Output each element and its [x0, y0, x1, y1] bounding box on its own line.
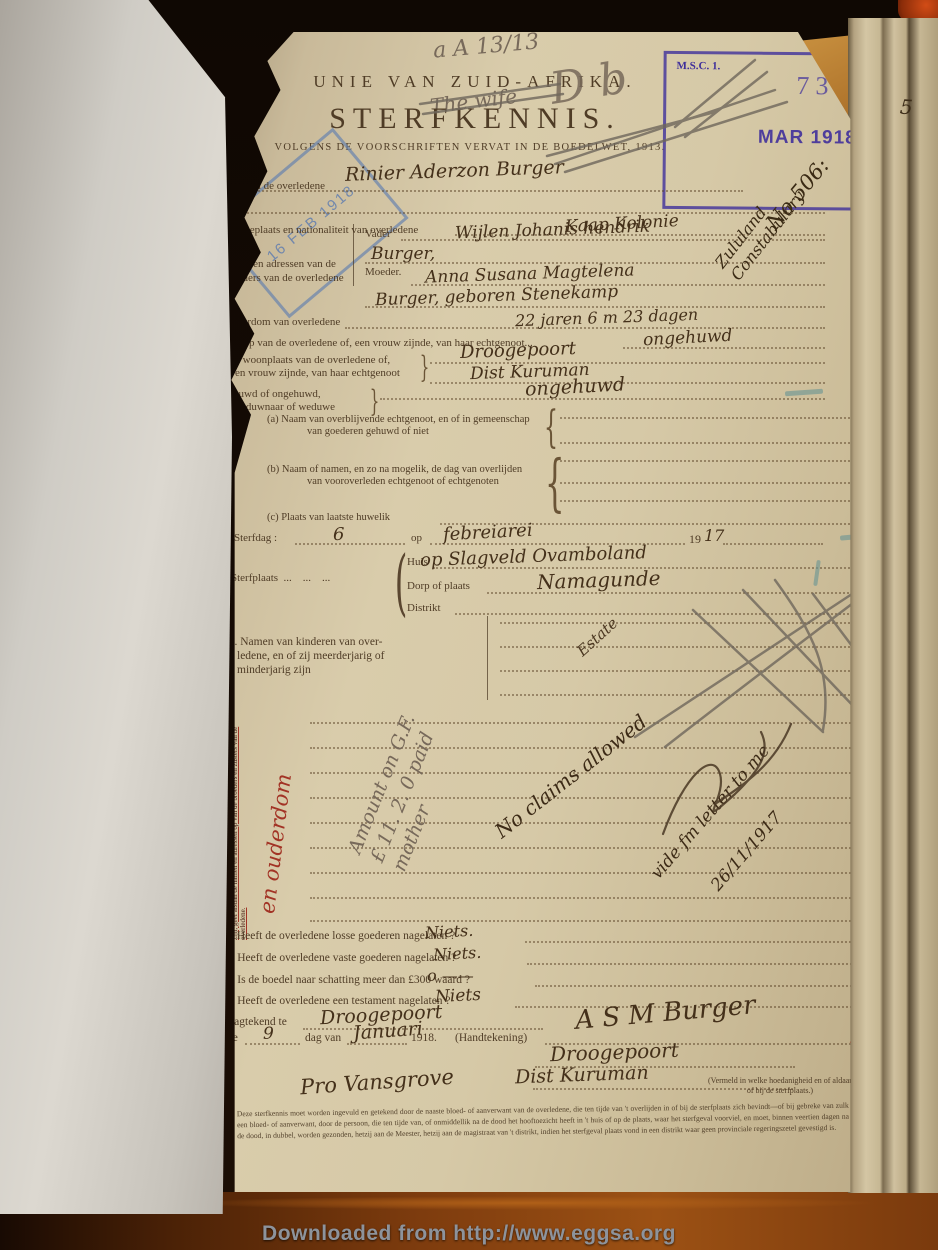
item-a-label-1: (a) Naam van overblijvende echtgenoot, e…	[267, 414, 530, 425]
item8-label: 8. Sterfdag :	[223, 532, 277, 544]
dotted-line	[243, 190, 743, 192]
pro-note: Pro Vansgrove	[299, 1065, 454, 1100]
residence-brace: }	[420, 350, 430, 385]
item8-op: op	[411, 532, 422, 544]
form-subtitle: VOLGENS DE VOORSCHRIFTEN VERVAT IN DE BO…	[220, 142, 720, 153]
item8-month: febreiarei	[443, 520, 534, 546]
pencil-reference-note: a A 13/13	[432, 29, 540, 63]
stacked-page-edges	[848, 18, 938, 1193]
item-b-label-2: van vooroverleden echtgenoot of echtgeno…	[307, 476, 499, 487]
item13-value: o ——	[427, 966, 474, 985]
dotted-line	[560, 442, 850, 444]
signature-line3: Dist Kuruman	[515, 1062, 649, 1089]
watermark-text: Downloaded from http://www.eggsa.org	[0, 1222, 938, 1246]
pencil-amount-note: Amount on G.F. £ 11. 2. 0 paid mother	[343, 711, 465, 875]
item9-label: 9. Sterfplaats ... ... ...	[220, 572, 330, 584]
dotted-line	[560, 500, 850, 502]
item9-distrikt-label: Distrikt	[407, 602, 441, 614]
residence-value-1: Droogepoort	[460, 338, 577, 363]
marital-label-1: huwd of ongehuwd,	[233, 388, 321, 400]
item10-label-3: minderjarig zijn	[237, 664, 311, 676]
item12-label: 12. Heeft de overledene vaste goederen n…	[220, 952, 456, 964]
signed-at-label: Gedagtekend te	[215, 1016, 287, 1028]
dotted-line	[527, 963, 855, 965]
item9-dorp-label: Dorp of plaats	[407, 580, 470, 592]
item11-value: Niets.	[425, 921, 474, 943]
dotted-line	[310, 920, 862, 922]
item10-brace-line	[487, 616, 488, 700]
item-a-label-2: van goederen gehuwd of niet	[307, 426, 429, 437]
dotted-line	[500, 622, 862, 624]
dotted-line	[560, 417, 850, 419]
dateline-dagvan: dag van	[305, 1032, 341, 1044]
dotted-line	[723, 543, 823, 545]
residence-label-1: e woonplaats van de overledene of,	[235, 354, 390, 366]
dotted-line	[535, 985, 855, 987]
item11-label: 11. Heeft de overledene losse goederen n…	[220, 930, 455, 942]
edge-digit: 5	[899, 95, 913, 120]
teal-pencil-dash	[785, 389, 823, 397]
item12-value: Niets.	[433, 943, 482, 965]
wood-highlight	[180, 1196, 880, 1210]
father-value-2: Burger,	[371, 244, 435, 264]
dotted-line	[500, 646, 862, 648]
dotted-line	[310, 872, 862, 874]
parents-brace-line	[353, 224, 354, 286]
item8-year-printed: 19	[689, 532, 701, 547]
item10-label-2: ledene, en of zij meerderjarig of	[237, 650, 385, 662]
dotted-line	[455, 613, 853, 615]
mother-label: Moeder.	[365, 266, 401, 278]
item10-label-1: 10. Namen van kinderen van over-	[223, 636, 382, 648]
dotted-line	[295, 543, 405, 545]
item-b-label-1: (b) Naam of namen, en zo na mogelik, de …	[267, 464, 522, 475]
parents-label-2: uders van de overledene	[237, 272, 344, 284]
margin-red-note: en ouderdom	[255, 772, 296, 915]
marital-value: ongehuwd	[524, 373, 625, 400]
dateline-day: 9	[263, 1024, 274, 1044]
form-title: STERFKENNIS.	[235, 102, 715, 136]
item-c-label: (c) Plaats van laatste huwelik	[267, 512, 390, 523]
dotted-line	[525, 941, 855, 943]
vide-note: vide fm letter to me	[647, 741, 774, 883]
teal-pencil-tick	[813, 560, 821, 586]
footer-fine-print: Deze sterfkennis moet worden ingevuld en…	[237, 1100, 849, 1142]
father-label: Vader	[365, 228, 391, 240]
dotted-line	[560, 482, 850, 484]
residence-label-2: en vrouw zijnde, van haar echtgenoot	[235, 367, 400, 379]
item8-day: 6	[333, 524, 344, 545]
marital-label-2: weduwnaar of weduwe	[233, 401, 335, 413]
item8-year-written: 17	[704, 526, 724, 545]
dotted-line	[500, 670, 862, 672]
dotted-line	[243, 212, 825, 214]
field-origin-label: rteplaats en nationaliteit van overleden…	[243, 224, 418, 236]
dotted-line	[310, 897, 862, 899]
msc-stamp-label: M.S.C. 1.	[677, 60, 721, 72]
received-date-text: 16 FEB 1918	[264, 181, 359, 264]
death-notice-page: a A 13/13 UNIE VAN ZUID-AFRIKA. The wife…	[215, 32, 870, 1192]
signature-name: A S M Burger	[574, 990, 757, 1036]
parents-label-1: en en adressen van de	[240, 258, 336, 270]
dateline-de: de	[227, 1032, 238, 1044]
blank-facing-page	[0, 0, 232, 1214]
dotted-line	[380, 398, 825, 400]
dotted-line	[500, 694, 862, 696]
estate-note: Estate	[573, 614, 621, 660]
dateline-year: 1918.	[411, 1032, 437, 1044]
dotted-line	[560, 460, 850, 462]
field-name-value: Rinier Aderzon Burger	[345, 156, 564, 186]
item9-brace: (	[395, 540, 408, 624]
item9-dorp-value: Namagunde	[537, 566, 661, 594]
msc-stamp-date: MAR 1918	[758, 127, 857, 150]
age-label: derdom van overledene	[237, 316, 340, 328]
handtekening-label: (Handtekening)	[455, 1032, 527, 1044]
